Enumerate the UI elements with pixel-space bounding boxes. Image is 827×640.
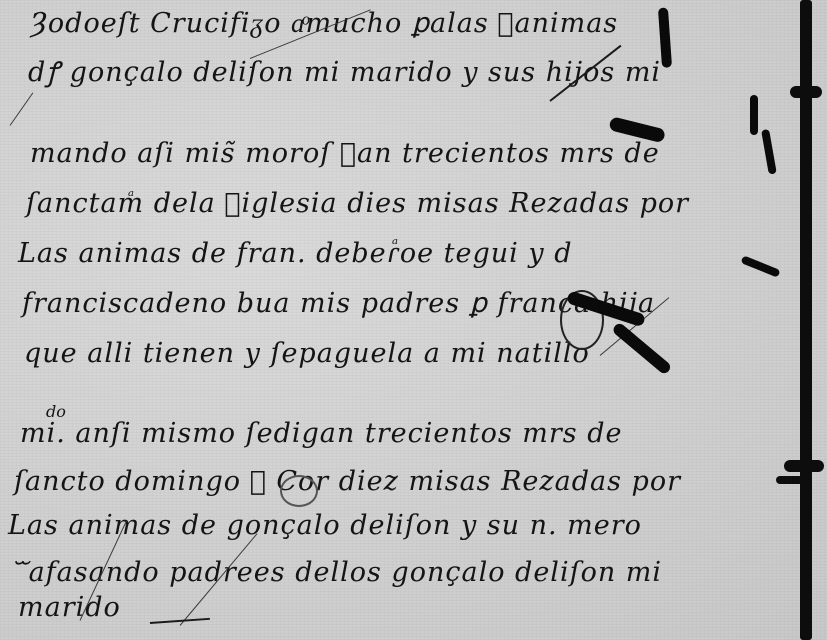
manuscript-line-11: ᷓ afasando padrees dellos gonçalo deliſo… (18, 552, 662, 589)
margin-rule-tick (790, 86, 822, 98)
superscript-abbrev: do (46, 402, 66, 421)
manuscript-line-12: marido (18, 592, 121, 623)
pen-flourish (10, 92, 34, 125)
superscript-abbrev: ᵃ (128, 186, 134, 205)
manuscript-line-3: mando aſi mis̃ moroſ ᷓan trecientos mrs … (30, 138, 660, 169)
paper-texture (0, 0, 827, 640)
margin-rule-tick (776, 476, 806, 484)
manuscript-line-8: mi. anſi mismo ſedigan trecientos mrs de (20, 418, 623, 449)
ink-blot (611, 321, 672, 375)
manuscript-line-10: Las animas de gonçalo deliſon y su n. me… (8, 510, 642, 541)
manuscript-line-7: que alli tienen y ſepaguela a mi natillo (24, 338, 590, 369)
manuscript-line-2: dꝭ gonçalo deliſon mi marido y sus hijos… (28, 52, 661, 89)
manuscript-line-9: ſancto domingo ᷓ Cor diez misas Rezadas … (14, 466, 681, 497)
ink-blot (741, 255, 781, 277)
manuscript-line-1: Ȝodoeſt Crucifiᵹo aͦmucho ꝑalas ᷓanimas (30, 8, 618, 39)
superscript-abbrev: ᵃ (392, 234, 398, 253)
manuscript-line-4: ſanctam dela ᷓiglesia dies misas Rezadas… (26, 188, 689, 219)
manuscript-line-5: Las animas de fran. debeɾoe tegui y d (18, 238, 573, 269)
ink-blot (761, 129, 777, 175)
manuscript-page: Ȝodoeſt Crucifiᵹo aͦmucho ꝑalas ᷓanimas … (0, 0, 827, 640)
margin-rule-tick (784, 460, 824, 472)
ink-blot (750, 95, 758, 135)
letter-loop (280, 475, 318, 507)
